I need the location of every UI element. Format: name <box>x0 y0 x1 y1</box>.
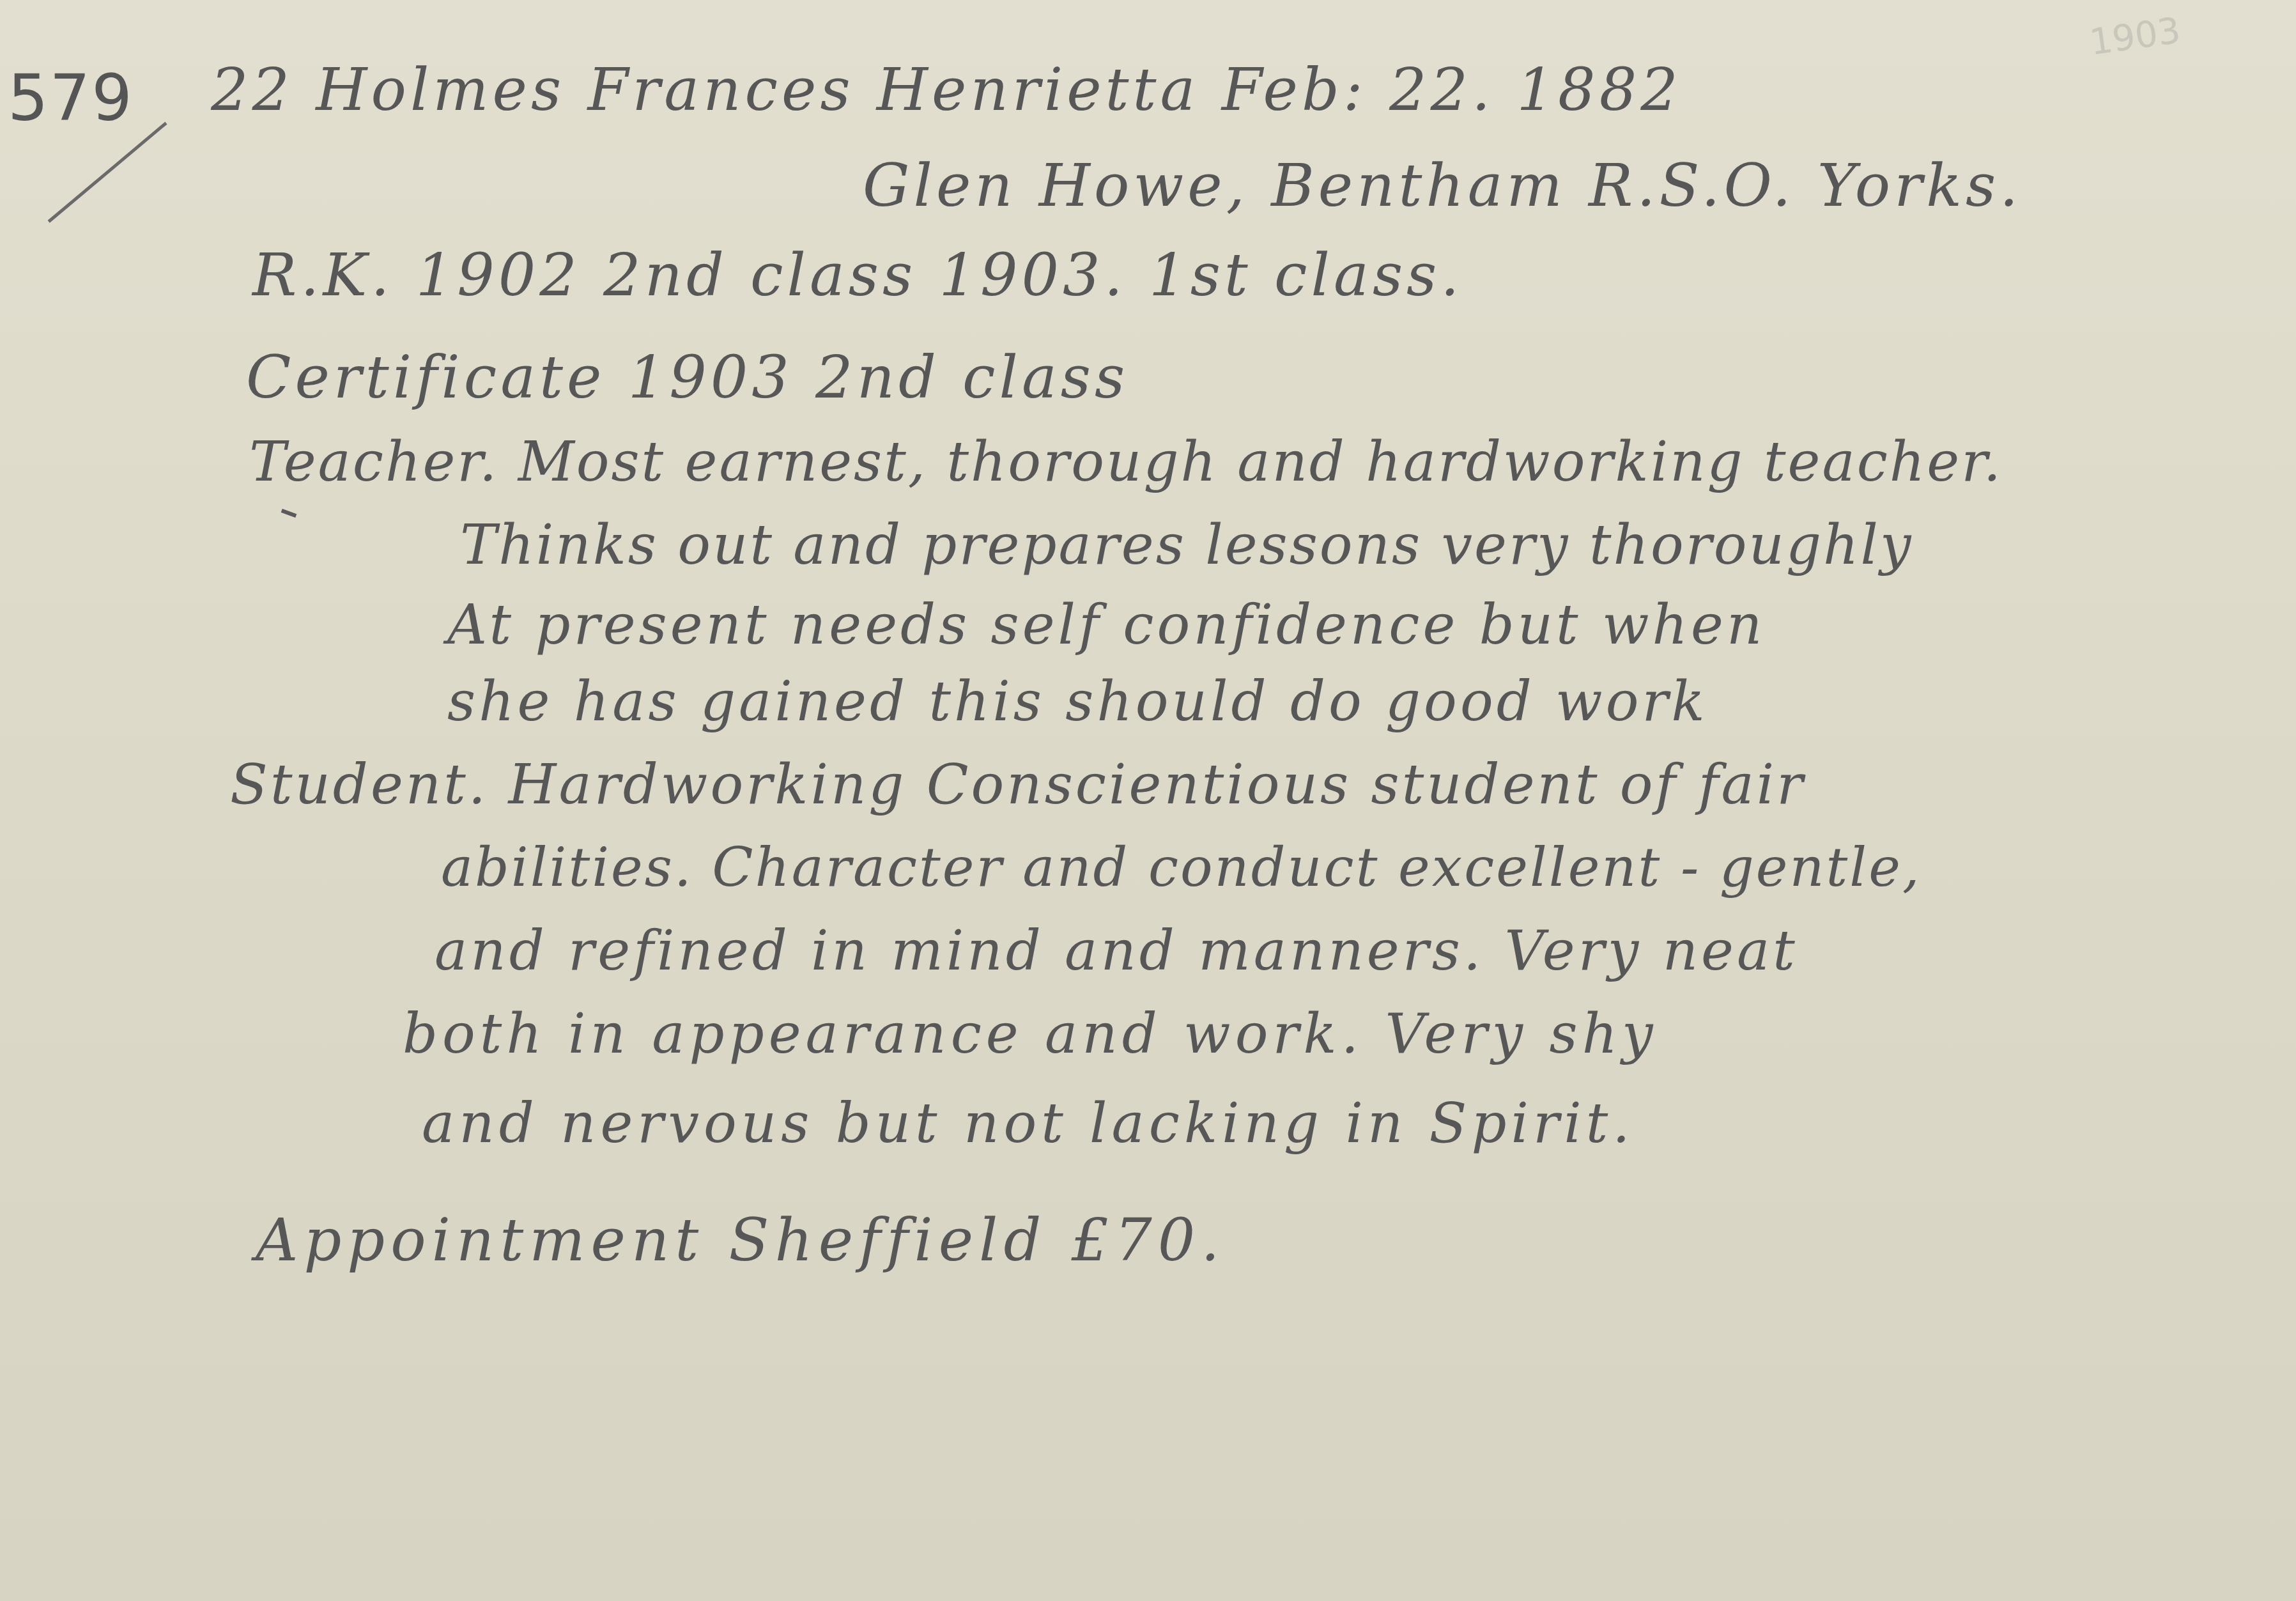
student-report-line-1: Student. Hardworking Conscientious stude… <box>230 757 1805 812</box>
teacher-report-line-1: Teacher. Most earnest, thorough and hard… <box>249 435 2003 490</box>
register-number: 579 <box>8 61 134 135</box>
student-report-line-4: both in appearance and work. Very shy <box>403 1007 1658 1062</box>
student-report-line-5: and nervous but not lacking in Spirit. <box>422 1096 1635 1151</box>
address-line: Glen Howe, Bentham R.S.O. Yorks. <box>863 157 2022 215</box>
exam-line: R.K. 1902 2nd class 1903. 1st class. <box>252 246 1463 305</box>
record-card: 579 1903 22 Holmes Frances Henrietta Feb… <box>0 0 2296 1601</box>
student-report-line-2: abilities. Character and conduct excelle… <box>441 840 1922 894</box>
teacher-report-line-3: At present needs self confidence but whe… <box>447 598 1765 653</box>
pencil-annotation: 1903 <box>2087 10 2183 63</box>
name-line: 22 Holmes Frances Henrietta Feb: 22. 188… <box>211 61 1682 120</box>
teacher-report-line-2: Thinks out and prepares lessons very tho… <box>460 518 1913 573</box>
student-report-line-3: and refined in mind and manners. Very ne… <box>435 924 1798 978</box>
register-number-underline <box>48 122 167 223</box>
margin-dash <box>281 509 297 518</box>
appointment-line: Appointment Sheffield £70. <box>256 1211 1226 1270</box>
teacher-report-line-4: she has gained this should do good work <box>447 674 1708 729</box>
certificate-line: Certificate 1903 2nd class <box>246 348 1129 407</box>
